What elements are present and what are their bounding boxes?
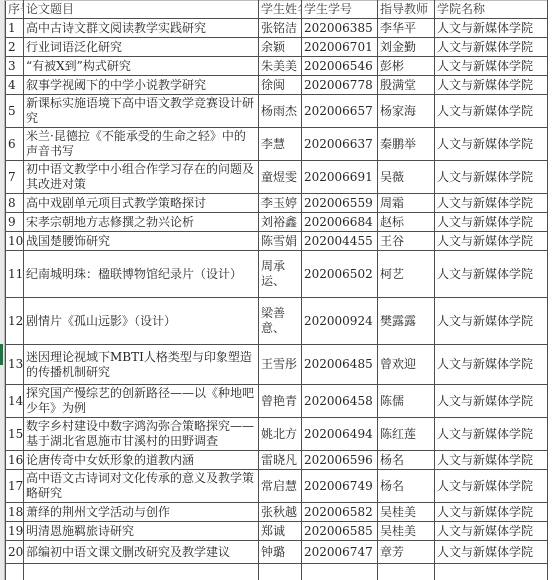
cell-advisor[interactable]: 杨名 <box>378 451 435 470</box>
cell-sid[interactable]: 202006502 <box>302 251 378 298</box>
selection-indicator <box>0 344 3 365</box>
table-row: 8高中戏剧单元项目式教学策略探讨李玉婷202006559周霜人文与新媒体学院 <box>6 194 548 213</box>
header-sid[interactable]: 学生学号 <box>302 1 378 19</box>
cell-advisor[interactable]: 陈红莲 <box>378 418 435 451</box>
cell-college[interactable]: 人文与新媒体学院 <box>435 418 548 451</box>
spreadsheet-view: 序号 论文题目 学生姓名 学生学号 指导教师（ 学院名称 1高中古诗文群文阅读教… <box>0 0 554 580</box>
cell-title[interactable]: “有被X到”构式研究 <box>24 57 259 76</box>
cell-no[interactable]: 17 <box>6 470 24 503</box>
cell-name[interactable]: 曾艳青 <box>259 385 302 418</box>
cell-advisor[interactable]: 樊露露 <box>378 298 435 345</box>
cell-title[interactable]: 高中古诗文群文阅读教学实践研究 <box>24 19 259 38</box>
cell-advisor[interactable]: 杨家海 <box>378 95 435 128</box>
cell-advisor[interactable]: 赵标 <box>378 213 435 232</box>
table-row: 7初中语文教学中小组合作学习存在的问题及其改进对策童煜雯202006691吴薇人… <box>6 161 548 194</box>
cell-sid[interactable]: 202006747 <box>302 541 378 564</box>
cell-title[interactable]: 纪南城明珠：楹联博物馆纪录片（设计） <box>24 251 259 298</box>
table-row: 10战国楚腰饰研究陈雪娟202004455王谷人文与新媒体学院 <box>6 232 548 251</box>
cell-college[interactable]: 人文与新媒体学院 <box>435 128 548 161</box>
cell-no[interactable]: 16 <box>6 451 24 470</box>
table-row: 16论唐传奇中女妖形象的道教内涵雷晓凡202006596杨名人文与新媒体学院 <box>6 451 548 470</box>
cell-title[interactable]: 论唐传奇中女妖形象的道教内涵 <box>24 451 259 470</box>
header-row: 序号 论文题目 学生姓名 学生学号 指导教师（ 学院名称 <box>6 1 548 19</box>
table-row: 19明清恩施羁旅诗研究郑诚202006585吴桂美人文与新媒体学院 <box>6 522 548 541</box>
table-row: 18萧绎的荆州文学活动与创作张秋越202006582吴桂美人文与新媒体学院 <box>6 503 548 522</box>
table-row: 6米兰·昆德拉《不能承受的生命之轻》中的声音书写李慧202006637秦鹏举人文… <box>6 128 548 161</box>
cell-sid[interactable]: 202006701 <box>302 38 378 57</box>
cell-title[interactable]: 迷因理论视域下MBTI人格类型与印象塑造的传播机制研究 <box>24 345 259 385</box>
cell-no[interactable]: 5 <box>6 95 24 128</box>
cell-name[interactable]: 陈雪娟 <box>259 232 302 251</box>
cell-name[interactable]: 童煜雯 <box>259 161 302 194</box>
table-row: 11纪南城明珠：楹联博物馆纪录片（设计）周承运、202006502柯艺人文与新媒… <box>6 251 548 298</box>
cell-title[interactable]: 战国楚腰饰研究 <box>24 232 259 251</box>
cell-sid[interactable]: 202006691 <box>302 161 378 194</box>
cell-name[interactable]: 姚北方 <box>259 418 302 451</box>
cell-college[interactable]: 人文与新媒体学院 <box>435 57 548 76</box>
cell-advisor[interactable]: 秦鹏举 <box>378 128 435 161</box>
cell-college[interactable]: 人文与新媒体学院 <box>435 541 548 564</box>
cell-sid[interactable]: 202006684 <box>302 213 378 232</box>
cell-title[interactable]: 初中语文教学中小组合作学习存在的问题及其改进对策 <box>24 161 259 194</box>
empty-cell[interactable] <box>435 564 548 580</box>
cell-no[interactable]: 9 <box>6 213 24 232</box>
cell-name[interactable]: 徐闽 <box>259 76 302 95</box>
empty-cell[interactable] <box>6 564 24 580</box>
cell-college[interactable]: 人文与新媒体学院 <box>435 503 548 522</box>
table-row: 1高中古诗文群文阅读教学实践研究张铭洁202006385李华平人文与新媒体学院 <box>6 19 548 38</box>
cell-sid[interactable]: 202006749 <box>302 470 378 503</box>
header-advisor[interactable]: 指导教师（ <box>378 1 435 19</box>
cell-college[interactable]: 人文与新媒体学院 <box>435 161 548 194</box>
cell-no[interactable]: 19 <box>6 522 24 541</box>
empty-cell[interactable] <box>302 564 378 580</box>
cell-college[interactable]: 人文与新媒体学院 <box>435 194 548 213</box>
cell-name[interactable]: 王雪彤 <box>259 345 302 385</box>
partial-empty-row <box>6 564 548 580</box>
cell-name[interactable]: 梁善意、 <box>259 298 302 345</box>
cell-college[interactable]: 人文与新媒体学院 <box>435 522 548 541</box>
cell-title[interactable]: 米兰·昆德拉《不能承受的生命之轻》中的声音书写 <box>24 128 259 161</box>
table-row: 9宋孝宗朝地方志修撰之勃兴论析刘裕鑫202006684赵标人文与新媒体学院 <box>6 213 548 232</box>
table-row: 4叙事学视阈下的中学小说教学研究徐闽202006778殷满堂人文与新媒体学院 <box>6 76 548 95</box>
cell-title[interactable]: 叙事学视阈下的中学小说教学研究 <box>24 76 259 95</box>
cell-title[interactable]: 明清恩施羁旅诗研究 <box>24 522 259 541</box>
table-row: 2行业词语泛化研究余颖202006701刘金勤人文与新媒体学院 <box>6 38 548 57</box>
empty-cell[interactable] <box>259 564 302 580</box>
cell-name[interactable]: 朱美美 <box>259 57 302 76</box>
cell-advisor[interactable]: 杨名 <box>378 470 435 503</box>
cell-title[interactable]: 宋孝宗朝地方志修撰之勃兴论析 <box>24 213 259 232</box>
cell-sid[interactable]: 202006458 <box>302 385 378 418</box>
cell-college[interactable]: 人文与新媒体学院 <box>435 470 548 503</box>
cell-name[interactable]: 常启慧 <box>259 470 302 503</box>
cell-name[interactable]: 钟璐 <box>259 541 302 564</box>
cell-name[interactable]: 刘裕鑫 <box>259 213 302 232</box>
cell-no[interactable]: 8 <box>6 194 24 213</box>
cell-college[interactable]: 人文与新媒体学院 <box>435 251 548 298</box>
header-college[interactable]: 学院名称 <box>435 1 548 19</box>
cell-title[interactable]: 高中戏剧单元项目式教学策略探讨 <box>24 194 259 213</box>
cell-name[interactable]: 杨雨杰 <box>259 95 302 128</box>
cell-no[interactable]: 6 <box>6 128 24 161</box>
cell-name[interactable]: 郑诚 <box>259 522 302 541</box>
cell-advisor[interactable]: 殷满堂 <box>378 76 435 95</box>
cell-sid[interactable]: 202006485 <box>302 345 378 385</box>
cell-sid[interactable]: 202006596 <box>302 451 378 470</box>
cell-sid[interactable]: 202006559 <box>302 194 378 213</box>
cell-sid[interactable]: 202006637 <box>302 128 378 161</box>
cell-college[interactable]: 人文与新媒体学院 <box>435 19 548 38</box>
cell-name[interactable]: 李慧 <box>259 128 302 161</box>
cell-title[interactable]: 部编初中语文课文删改研究及教学建议 <box>24 541 259 564</box>
cell-name[interactable]: 李玉婷 <box>259 194 302 213</box>
cell-no[interactable]: 4 <box>6 76 24 95</box>
cell-no[interactable]: 14 <box>6 385 24 418</box>
cell-no[interactable]: 15 <box>6 418 24 451</box>
cell-no[interactable]: 2 <box>6 38 24 57</box>
thesis-table: 序号 论文题目 学生姓名 学生学号 指导教师（ 学院名称 1高中古诗文群文阅读教… <box>5 0 548 580</box>
cell-advisor[interactable]: 周霜 <box>378 194 435 213</box>
table-row: 13迷因理论视域下MBTI人格类型与印象塑造的传播机制研究王雪彤20200648… <box>6 345 548 385</box>
cell-name[interactable]: 张铭洁 <box>259 19 302 38</box>
cell-college[interactable]: 人文与新媒体学院 <box>435 38 548 57</box>
empty-cell[interactable] <box>378 564 435 580</box>
cell-sid[interactable]: 202004455 <box>302 232 378 251</box>
table-row: 5新课标实施语境下高中语文教学竞赛设计研究杨雨杰202006657杨家海人文与新… <box>6 95 548 128</box>
cell-advisor[interactable]: 柯艺 <box>378 251 435 298</box>
cell-no[interactable]: 10 <box>6 232 24 251</box>
empty-cell[interactable] <box>24 564 259 580</box>
header-name[interactable]: 学生姓名 <box>259 1 302 19</box>
cell-advisor[interactable]: 吴桂美 <box>378 522 435 541</box>
cell-no[interactable]: 13 <box>6 345 24 385</box>
cell-title[interactable]: 萧绎的荆州文学活动与创作 <box>24 503 259 522</box>
header-no[interactable]: 序号 <box>6 1 24 19</box>
cell-sid[interactable]: 202006582 <box>302 503 378 522</box>
cell-sid[interactable]: 202006778 <box>302 76 378 95</box>
cell-no[interactable]: 18 <box>6 503 24 522</box>
cell-sid[interactable]: 202006546 <box>302 57 378 76</box>
table-body: 1高中古诗文群文阅读教学实践研究张铭洁202006385李华平人文与新媒体学院2… <box>6 19 548 580</box>
cell-title[interactable]: 数字乡村建设中数字鸿沟弥合策略探究——基于湖北省恩施市甘溪村的田野调查 <box>24 418 259 451</box>
cell-title[interactable]: 行业词语泛化研究 <box>24 38 259 57</box>
cell-sid[interactable]: 202000924 <box>302 298 378 345</box>
cell-college[interactable]: 人文与新媒体学院 <box>435 95 548 128</box>
cell-name[interactable]: 雷晓凡 <box>259 451 302 470</box>
table-row: 14探究国产慢综艺的创新路径——以《种地吧少年》为例曾艳青202006458陈儒… <box>6 385 548 418</box>
cell-title[interactable]: 高中语文古诗词对文化传承的意义及教学策略研究 <box>24 470 259 503</box>
cell-college[interactable]: 人文与新媒体学院 <box>435 232 548 251</box>
table-row: 15数字乡村建设中数字鸿沟弥合策略探究——基于湖北省恩施市甘溪村的田野调查姚北方… <box>6 418 548 451</box>
cell-college[interactable]: 人文与新媒体学院 <box>435 451 548 470</box>
cell-sid[interactable]: 202006657 <box>302 95 378 128</box>
cell-name[interactable]: 张秋越 <box>259 503 302 522</box>
cell-college[interactable]: 人文与新媒体学院 <box>435 385 548 418</box>
cell-sid[interactable]: 202006585 <box>302 522 378 541</box>
table-row: 17高中语文古诗词对文化传承的意义及教学策略研究常启慧202006749杨名人文… <box>6 470 548 503</box>
cell-college[interactable]: 人文与新媒体学院 <box>435 298 548 345</box>
cell-advisor[interactable]: 陈儒 <box>378 385 435 418</box>
cell-advisor[interactable]: 刘金勤 <box>378 38 435 57</box>
cell-sid[interactable]: 202006385 <box>302 19 378 38</box>
cell-college[interactable]: 人文与新媒体学院 <box>435 345 548 385</box>
header-title[interactable]: 论文题目 <box>24 1 259 19</box>
cell-no[interactable]: 20 <box>6 541 24 564</box>
cell-advisor[interactable]: 李华平 <box>378 19 435 38</box>
cell-sid[interactable]: 202006494 <box>302 418 378 451</box>
cell-title[interactable]: 新课标实施语境下高中语文教学竞赛设计研究 <box>24 95 259 128</box>
cell-advisor[interactable]: 彭彬 <box>378 57 435 76</box>
cell-title[interactable]: 探究国产慢综艺的创新路径——以《种地吧少年》为例 <box>24 385 259 418</box>
cell-no[interactable]: 3 <box>6 57 24 76</box>
cell-name[interactable]: 周承运、 <box>259 251 302 298</box>
table-row: 12剧情片《孤山远影》（设计）梁善意、202000924樊露露人文与新媒体学院 <box>6 298 548 345</box>
cell-title[interactable]: 剧情片《孤山远影》（设计） <box>24 298 259 345</box>
cell-advisor[interactable]: 吴薇 <box>378 161 435 194</box>
cell-name[interactable]: 余颖 <box>259 38 302 57</box>
cell-college[interactable]: 人文与新媒体学院 <box>435 213 548 232</box>
cell-advisor[interactable]: 章芳 <box>378 541 435 564</box>
cell-advisor[interactable]: 王谷 <box>378 232 435 251</box>
table-row: 20部编初中语文课文删改研究及教学建议钟璐202006747章芳人文与新媒体学院 <box>6 541 548 564</box>
cell-no[interactable]: 7 <box>6 161 24 194</box>
cell-no[interactable]: 1 <box>6 19 24 38</box>
table-row: 3“有被X到”构式研究朱美美202006546彭彬人文与新媒体学院 <box>6 57 548 76</box>
cell-college[interactable]: 人文与新媒体学院 <box>435 76 548 95</box>
cell-no[interactable]: 11 <box>6 251 24 298</box>
cell-advisor[interactable]: 吴桂美 <box>378 503 435 522</box>
cell-advisor[interactable]: 曾欢迎 <box>378 345 435 385</box>
cell-no[interactable]: 12 <box>6 298 24 345</box>
